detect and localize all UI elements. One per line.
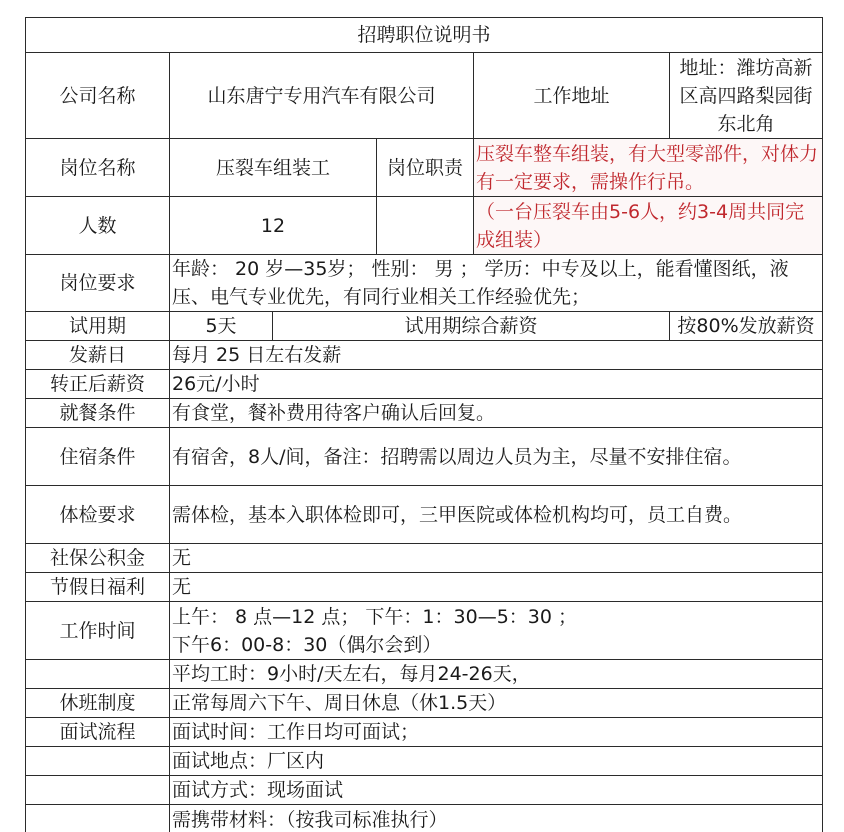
requirements-value: 年龄： 20 岁—35岁； 性别： 男 ； 学历：中专及以上，能看懂图纸，液压、… bbox=[170, 255, 823, 312]
empty-cell bbox=[26, 660, 170, 689]
payday-value: 每月 25 日左右发薪 bbox=[170, 341, 823, 370]
rest-schedule-value: 正常每周六下午、周日休息（休1.5天） bbox=[170, 689, 823, 718]
meals-value: 有食堂，餐补费用待客户确认后回复。 bbox=[170, 399, 823, 428]
payday-label: 发薪日 bbox=[26, 341, 170, 370]
work-hours-line1: 上午： 8 点—12 点； 下午：1：30—5：30 ； bbox=[172, 603, 820, 631]
housing-label: 住宿条件 bbox=[26, 428, 170, 486]
work-hours-value: 上午： 8 点—12 点； 下午：1：30—5：30 ； 下午6：00-8：30… bbox=[170, 602, 823, 660]
social-insurance-label: 社保公积金 bbox=[26, 544, 170, 573]
headcount-label: 人数 bbox=[26, 197, 170, 255]
job-description-document: 招聘职位说明书 公司名称 山东唐宁专用汽车有限公司 工作地址 地址：潍坊高新区高… bbox=[25, 17, 822, 832]
holiday-benefits-value: 无 bbox=[170, 573, 823, 602]
interview-time: 面试时间：工作日均可面试； bbox=[170, 718, 823, 747]
position-duty-note: （一台压裂车由5-6人，约3-4周共同完成组装） bbox=[474, 197, 823, 255]
document-title: 招聘职位说明书 bbox=[26, 18, 823, 53]
empty-cell bbox=[26, 805, 170, 832]
holiday-benefits-label: 节假日福利 bbox=[26, 573, 170, 602]
probation-label: 试用期 bbox=[26, 312, 170, 341]
physical-value: 需体检，基本入职体检即可，三甲医院或体检机构均可，员工自费。 bbox=[170, 486, 823, 544]
interview-label: 面试流程 bbox=[26, 718, 170, 747]
probation-salary-label: 试用期综合薪资 bbox=[273, 312, 670, 341]
work-hours-label: 工作时间 bbox=[26, 602, 170, 660]
social-insurance-value: 无 bbox=[170, 544, 823, 573]
empty-cell bbox=[26, 776, 170, 805]
company-name-label: 公司名称 bbox=[26, 53, 170, 139]
position-duty-label: 岗位职责 bbox=[377, 139, 474, 197]
empty-cell bbox=[26, 747, 170, 776]
work-address-label: 工作地址 bbox=[474, 53, 670, 139]
headcount-value: 12 bbox=[170, 197, 377, 255]
housing-value: 有宿舍，8人/间，备注：招聘需以周边人员为主，尽量不安排住宿。 bbox=[170, 428, 823, 486]
position-duty-value: 压裂车整车组装，有大型零部件，对体力有一定要求，需操作行吊。 bbox=[474, 139, 823, 197]
position-name-value: 压裂车组装工 bbox=[170, 139, 377, 197]
interview-method: 面试方式：现场面试 bbox=[170, 776, 823, 805]
regular-salary-value: 26元/小时 bbox=[170, 370, 823, 399]
rest-schedule-label: 休班制度 bbox=[26, 689, 170, 718]
company-name-value: 山东唐宁专用汽车有限公司 bbox=[170, 53, 474, 139]
interview-materials: 需携带材料：（按我司标准执行） bbox=[170, 805, 823, 832]
work-address-value: 地址：潍坊高新区高四路梨园街东北角 bbox=[670, 53, 823, 139]
interview-location: 面试地点：厂区内 bbox=[170, 747, 823, 776]
empty-cell bbox=[377, 197, 474, 255]
meals-label: 就餐条件 bbox=[26, 399, 170, 428]
requirements-label: 岗位要求 bbox=[26, 255, 170, 312]
probation-duration: 5天 bbox=[170, 312, 273, 341]
position-name-label: 岗位名称 bbox=[26, 139, 170, 197]
job-description-table: 招聘职位说明书 公司名称 山东唐宁专用汽车有限公司 工作地址 地址：潍坊高新区高… bbox=[25, 17, 823, 832]
regular-salary-label: 转正后薪资 bbox=[26, 370, 170, 399]
physical-label: 体检要求 bbox=[26, 486, 170, 544]
work-hours-average: 平均工时：9小时/天左右，每月24-26天， bbox=[170, 660, 823, 689]
work-hours-line2: 下午6：00-8：30（偶尔会到） bbox=[172, 631, 820, 659]
probation-salary-value: 按80%发放薪资 bbox=[670, 312, 823, 341]
